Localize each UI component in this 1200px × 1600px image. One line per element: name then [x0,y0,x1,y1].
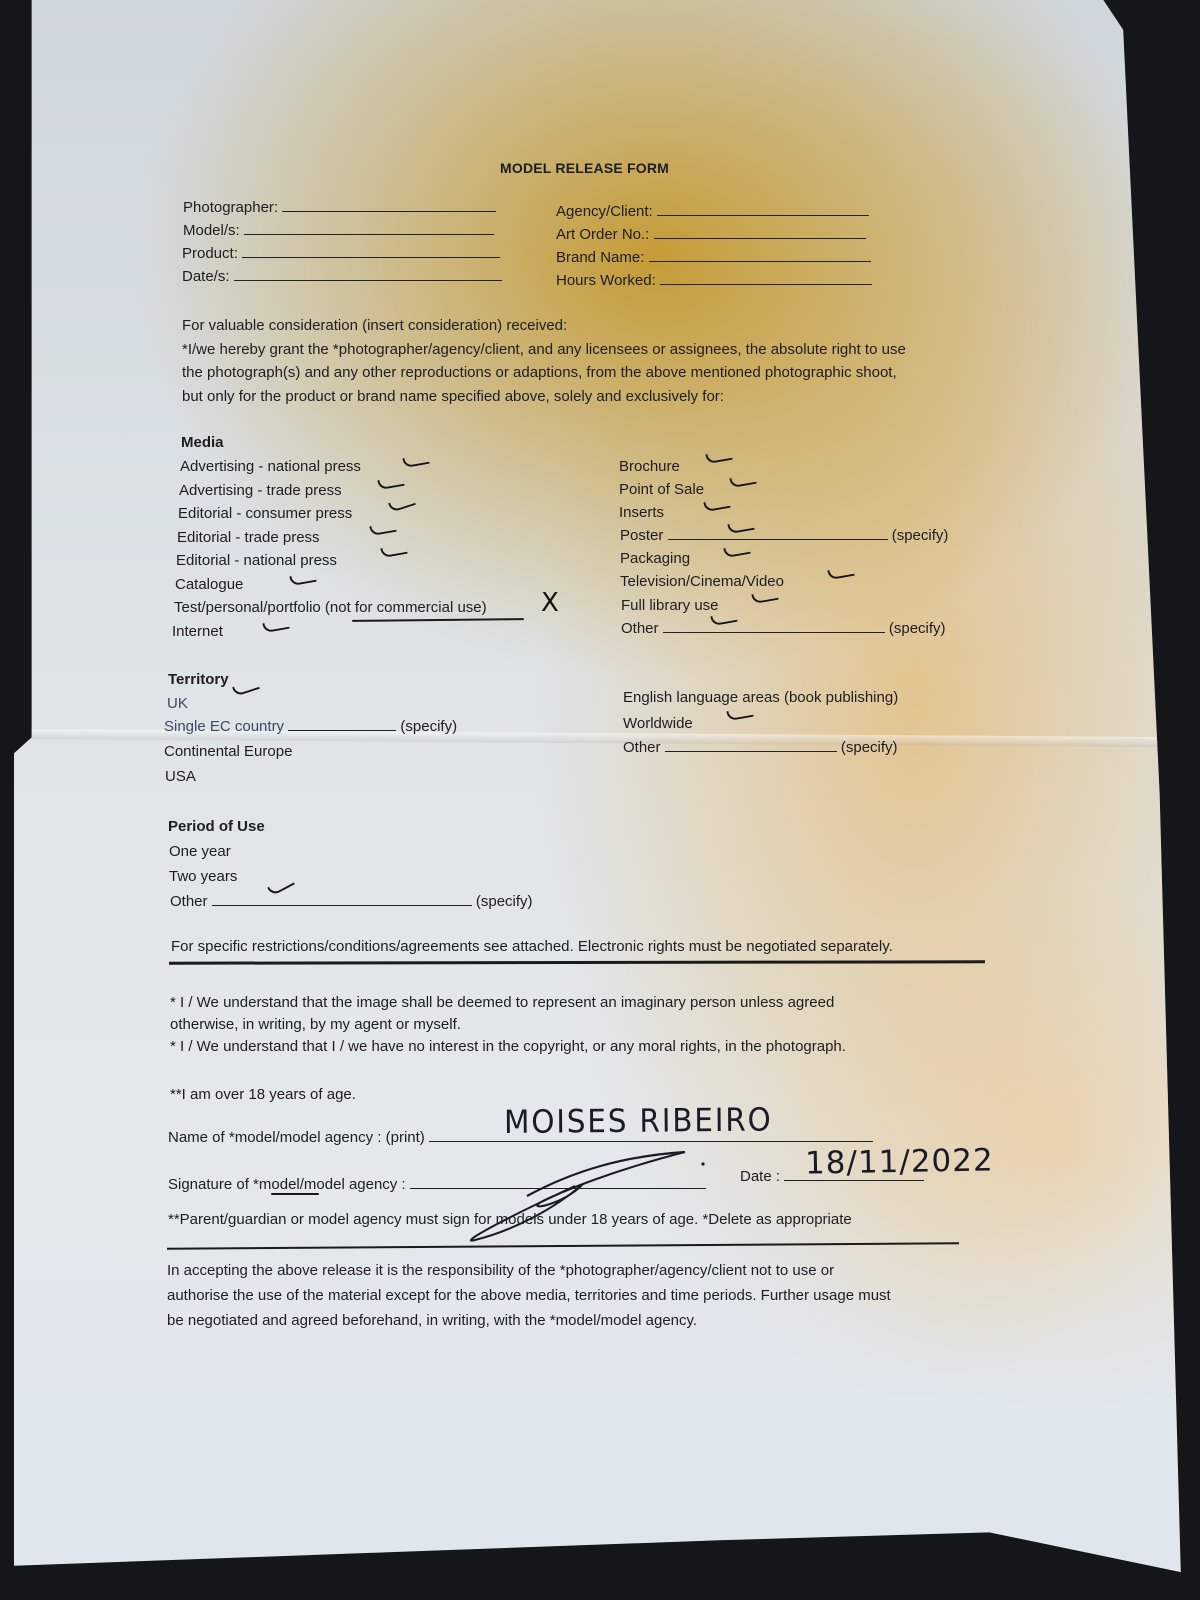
field-input[interactable] [242,246,500,258]
field-label: Agency/Client: [556,203,653,220]
tick-mark-icon [703,498,730,512]
tick-mark-icon [232,679,260,697]
media-option[interactable]: Test/personal/portfolio (not for commerc… [174,599,487,616]
territory-option[interactable]: USA [165,768,196,785]
signature-scribble-icon [455,1140,725,1250]
section-divider [169,960,985,964]
understand-line: * I / We understand that I / we have no … [170,1036,846,1058]
tick-mark-icon [388,495,416,513]
grant-line: but only for the product or brand name s… [182,385,906,409]
understand-line: * I / We understand that the image shall… [170,992,846,1014]
specify-hint: (specify) [400,718,457,735]
specify-input[interactable] [668,528,888,540]
media-option[interactable]: Internet [172,623,223,640]
territory-option[interactable]: Continental Europe [164,743,292,760]
tick-mark-icon [729,474,756,488]
media-heading: Media [181,434,224,451]
field-label: Product: [182,245,238,262]
field-dates[interactable]: Date/s: [182,268,502,285]
closing-paragraph: In accepting the above release it is the… [167,1258,891,1333]
guardian-note: **Parent/guardian or model agency must s… [168,1211,852,1228]
media-option[interactable]: Television/Cinema/Video [620,573,784,590]
understanding-paragraph: * I / We understand that the image shall… [170,992,846,1058]
field-label: Model/s: [183,222,240,239]
specify-input[interactable] [663,621,885,633]
territory-option-single-ec[interactable]: Single EC country (specify) [164,718,457,735]
form-title: MODEL RELEASE FORM [500,160,669,176]
media-option[interactable]: Full library use [621,597,719,614]
grant-paragraph: For valuable consideration (insert consi… [182,314,906,408]
date-handwritten: 18/11/2022 [805,1142,994,1181]
field-input[interactable] [660,273,872,285]
closing-line: authorise the use of the material except… [167,1283,891,1308]
option-label: Single EC country [164,718,284,735]
media-option[interactable]: Inserts [619,504,664,521]
specify-input[interactable] [212,894,472,906]
age-statement: **I am over 18 years of age. [170,1086,356,1103]
specify-input[interactable] [665,740,837,752]
media-option[interactable]: Packaging [620,550,690,567]
specify-hint: (specify) [889,620,946,637]
media-option[interactable]: Advertising - national press [180,458,361,475]
territory-option-other[interactable]: Other (specify) [623,739,898,756]
field-input[interactable] [654,227,866,239]
tick-mark-icon [402,454,429,468]
specify-input[interactable] [288,719,396,731]
tick-mark-icon [827,566,854,580]
media-option[interactable]: Point of Sale [619,481,704,498]
field-label: Hours Worked: [556,272,656,289]
specify-hint: (specify) [892,527,949,544]
model-release-form: MODEL RELEASE FORM Photographer: Model/s… [0,0,1200,1600]
field-input[interactable] [649,250,871,262]
handwritten-underline [352,618,524,622]
grant-line: *I/we hereby grant the *photographer/age… [182,338,906,362]
tick-mark-icon [726,707,753,721]
period-option[interactable]: Two years [169,868,237,885]
understand-line: otherwise, in writing, by my agent or my… [170,1014,846,1036]
field-product[interactable]: Product: [182,245,500,262]
field-hours-worked[interactable]: Hours Worked: [556,272,872,289]
tick-mark-icon [723,544,750,558]
field-input[interactable] [657,204,869,216]
tick-mark-icon [380,544,407,558]
field-input[interactable] [244,223,494,235]
territory-option[interactable]: English language areas (book publishing) [623,689,898,706]
restrictions-note: For specific restrictions/conditions/agr… [171,938,893,955]
option-label: Other [170,893,208,910]
closing-line: be negotiated and agreed beforehand, in … [167,1308,891,1333]
field-label: Date/s: [182,268,230,285]
field-label: Photographer: [183,199,278,216]
territory-heading: Territory [168,671,229,688]
x-mark-icon: X [541,588,559,618]
field-input[interactable] [234,269,502,281]
field-label: Signature of *model/model agency : [168,1176,406,1193]
territory-option[interactable]: Worldwide [623,715,693,732]
field-models[interactable]: Model/s: [183,222,494,239]
territory-option[interactable]: UK [167,695,188,712]
tick-mark-icon [705,450,732,464]
specify-hint: (specify) [841,739,898,756]
media-option[interactable]: Editorial - consumer press [178,505,352,522]
consideration-line: For valuable consideration (insert consi… [182,314,906,338]
media-option[interactable]: Catalogue [175,576,243,593]
field-brand-name[interactable]: Brand Name: [556,249,871,266]
tick-mark-icon [369,522,396,536]
specify-hint: (specify) [476,893,533,910]
media-option[interactable]: Brochure [619,458,680,475]
tick-mark-icon [377,476,404,490]
media-option[interactable]: Editorial - trade press [177,529,320,546]
media-option[interactable]: Advertising - trade press [179,482,342,499]
handwritten-underline [271,1193,319,1195]
media-option-poster[interactable]: Poster (specify) [620,527,948,544]
field-label: Brand Name: [556,249,644,266]
model-name-handwritten: MOISES RIBEIRO [504,1100,773,1141]
field-label: Art Order No.: [556,226,649,243]
media-option[interactable]: Editorial - national press [176,552,337,569]
field-agency-client[interactable]: Agency/Client: [556,203,869,220]
period-heading: Period of Use [168,818,265,835]
period-option-other[interactable]: Other (specify) [170,893,533,910]
option-label: Poster [620,527,663,544]
field-photographer[interactable]: Photographer: [183,199,496,216]
option-label: Other [621,620,659,637]
tick-mark-icon [751,590,778,604]
field-art-order-no[interactable]: Art Order No.: [556,226,866,243]
field-input[interactable] [282,200,496,212]
field-label: Date : [740,1168,780,1185]
tick-mark-icon [289,572,316,586]
field-label: Name of *model/model agency : (print) [168,1129,425,1146]
tick-mark-icon [262,619,289,633]
option-label: Other [623,739,661,756]
period-option[interactable]: One year [169,843,231,860]
grant-line: the photograph(s) and any other reproduc… [182,361,906,385]
closing-line: In accepting the above release it is the… [167,1258,891,1283]
media-option-other[interactable]: Other (specify) [621,620,946,637]
